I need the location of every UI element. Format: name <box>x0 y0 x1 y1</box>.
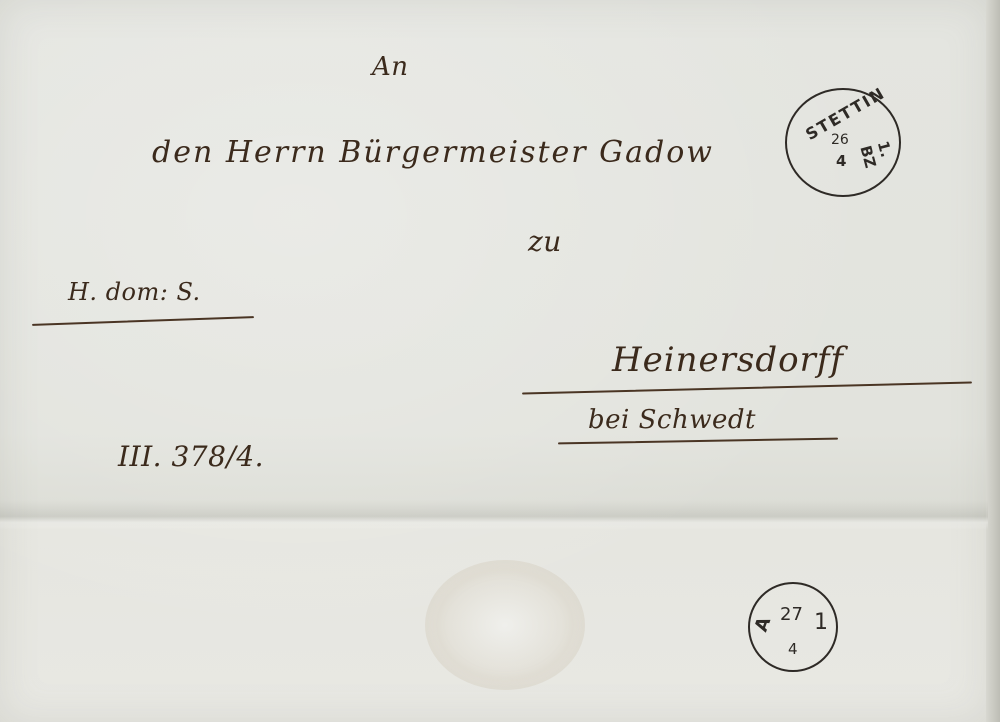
postmark-day: 26 <box>831 132 849 148</box>
postmark-month: 4 <box>788 640 798 658</box>
postmark-day: 27 <box>780 604 803 625</box>
embossed-seal <box>425 560 585 690</box>
postmark-arrival: A 27 1 4 <box>748 582 838 672</box>
reference-number: III. 378/4. <box>118 440 264 473</box>
paper-edge <box>986 0 1000 722</box>
town-name: Heinersdorff <box>612 340 844 380</box>
postmark-month: 4 <box>836 152 846 170</box>
post-route: bei Schwedt <box>588 405 756 435</box>
salutation: An <box>372 52 409 82</box>
preposition: zu <box>528 225 562 258</box>
recipient-line: den Herrn Bürgermeister Gadow <box>152 135 714 170</box>
postmark-suffix: 1 <box>814 610 828 635</box>
postmark-prefix: A <box>751 614 776 634</box>
postmark-stettin: STETTIN 1. BZ 26 4 <box>785 88 901 197</box>
fold-crease <box>0 500 988 530</box>
docket-note: H. dom: S. <box>68 278 201 306</box>
